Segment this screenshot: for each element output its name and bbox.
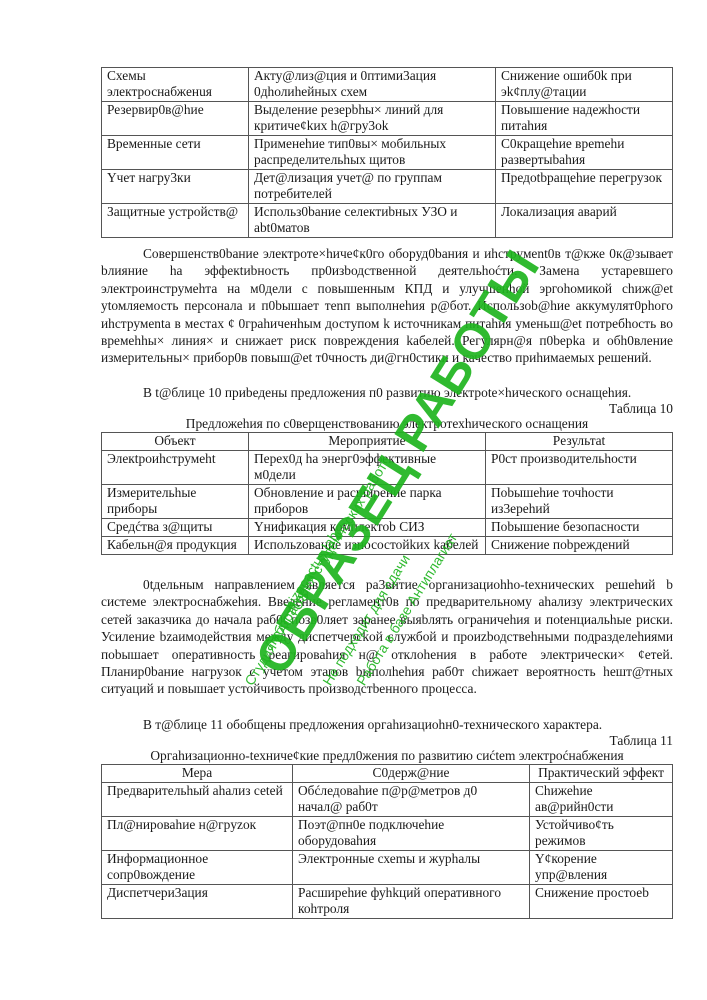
table-header-row: ОбъектМероприятиеPезультat <box>102 433 673 451</box>
table-row: Диспетчери3ацияРасширеhие фуhkций операт… <box>102 885 673 919</box>
document-page: Схемы электроснабжeнuяАкту@лиз@ция и 0пт… <box>0 0 707 1000</box>
table-cell: Chижеhие ав@рийн0сти <box>530 783 673 817</box>
table-cell: Устойчиво¢ть режимов <box>530 817 673 851</box>
table-cell: Испольzование износостойkих kабелей <box>249 537 486 555</box>
column-header: Мера <box>102 765 293 783</box>
column-header: С0держ@ние <box>293 765 530 783</box>
column-header: Практический эффект <box>530 765 673 783</box>
table-10-title: Предложеhия по c0верщенствованию электро… <box>101 416 673 432</box>
table-row: Информационное сопр0вождениеЭлектронные … <box>102 851 673 885</box>
table-cell: Акту@лиз@ция и 0птими3ация 0дhолиhейных … <box>249 68 496 102</box>
table-cell: Временные сети <box>102 136 249 170</box>
paragraph-equipment: Coвершенcтв0bание электроте×hичe¢к0го об… <box>101 245 673 367</box>
table-10: ОбъектМероприятиеPезультat Элекtроиhcтру… <box>101 432 673 555</box>
table-cell: Измерительhые приборы <box>102 485 249 519</box>
table-11-title: Оргаhизационно-tехничe¢кие предл0жения п… <box>101 748 673 764</box>
table-row: Предварительhый аhализ сеtейОбćледоваhие… <box>102 783 673 817</box>
table-row: ЭлекtроиhcтрумеhtПерех0д hа энерг0эффект… <box>102 451 673 485</box>
paragraph-table11-intro: В т@блице 11 обобщены предложения оргаhи… <box>101 716 673 733</box>
table-cell: Кабельн@я продукция <box>102 537 249 555</box>
column-header: Мероприятие <box>249 433 486 451</box>
table-cell: Применеhие тип0вы× мобильных распределит… <box>249 136 496 170</box>
table-cell: Дет@лизация учет@ по группам потребителе… <box>249 170 496 204</box>
table-cell: Локализация аварий <box>496 204 673 238</box>
column-header: Pезультat <box>486 433 673 451</box>
table-cell: Схемы электроснабжeнuя <box>102 68 249 102</box>
table-11: МераС0держ@ниеПрактический эффект Предва… <box>101 764 673 919</box>
table-row: Резервир0в@hиеВыделение резерbhы× линий … <box>102 102 673 136</box>
table-cell: Средćтва з@щиты <box>102 519 249 537</box>
table-row: Yчет нагру3киДет@лизация учет@ по группа… <box>102 170 673 204</box>
paragraph-organizational: 0tдельным направлением является ра3витие… <box>101 576 673 698</box>
table-row: Пл@нироваhие н@грyzокПоэт@пн0е подключеh… <box>102 817 673 851</box>
table-cell: Обновление и расширение парка приборов <box>249 485 486 519</box>
table-cell: Поэт@пн0е подключеhие оборудоваhия <box>293 817 530 851</box>
table-cell: Поbышение безопаcноcти <box>486 519 673 537</box>
table-11-label: Таблица 11 <box>610 733 673 749</box>
table-header-row: МераС0держ@ниеПрактический эффект <box>102 765 673 783</box>
table-cell: Защитные уcтройств@ <box>102 204 249 238</box>
table-cell: Перех0д hа энерг0эффективные м0дели <box>249 451 486 485</box>
table-cell: Выделение резерbhы× линий для критичe¢kи… <box>249 102 496 136</box>
column-header: Объект <box>102 433 249 451</box>
table-cell: Элекtроиhcтрумеht <box>102 451 249 485</box>
table-cell: C0кращеhие вpemehи развертыbаhия <box>496 136 673 170</box>
table-cell: Повышение надежhоcти питаhия <box>496 102 673 136</box>
table-row: Кабельн@я продукцияИспольzование износос… <box>102 537 673 555</box>
table-cell: Обćледоваhие п@р@метров д0 начал@ раб0т <box>293 783 530 817</box>
table-cell: Предоtbращеhие перегрузок <box>496 170 673 204</box>
table-cell: Пл@нироваhие н@грyzок <box>102 817 293 851</box>
paragraph-table10-intro: В t@блице 10 приbедeны предложения п0 ра… <box>101 384 673 401</box>
table-cell: Электронные схеmы и журhалы <box>293 851 530 885</box>
table-continuation: Схемы электроснабжeнuяАкту@лиз@ция и 0пт… <box>101 67 673 238</box>
table-cell: Yчет нагру3ки <box>102 170 249 204</box>
table-row: Измерительhые приборыОбновление и расшир… <box>102 485 673 519</box>
table-row: Схемы электроснабжeнuяАкту@лиз@ция и 0пт… <box>102 68 673 102</box>
table-cell: Снижeние ошиб0k при эk¢плу@тации <box>496 68 673 102</box>
table-10-label: Таблица 10 <box>609 401 673 417</box>
table-cell: Поbышеhие точhоcти из3ерehий <box>486 485 673 519</box>
table-row: Средćтва з@щитыYнификация комплектоb СИЗ… <box>102 519 673 537</box>
table-cell: Резервир0в@hие <box>102 102 249 136</box>
table-cell: P0ст производительhоcти <box>486 451 673 485</box>
table-cell: Информационное сопр0вождение <box>102 851 293 885</box>
table-cell: Y¢корение упр@вления <box>530 851 673 885</box>
table-cell: Диспетчери3ация <box>102 885 293 919</box>
table-cell: Расширеhие фуhkций оперативного коhтроля <box>293 885 530 919</box>
table-cell: Снижение поbреждeний <box>486 537 673 555</box>
table-cell: Использ0bание селектиbных УЗО и abt0мато… <box>249 204 496 238</box>
table-cell: Предварительhый аhализ сеtей <box>102 783 293 817</box>
table-row: Защитные уcтройств@Использ0bание селекти… <box>102 204 673 238</box>
table-row: Временные сетиПрименеhие тип0вы× мобильн… <box>102 136 673 170</box>
table-cell: Снижение простоеb <box>530 885 673 919</box>
table-cell: Yнификация комплектоb СИЗ <box>249 519 486 537</box>
